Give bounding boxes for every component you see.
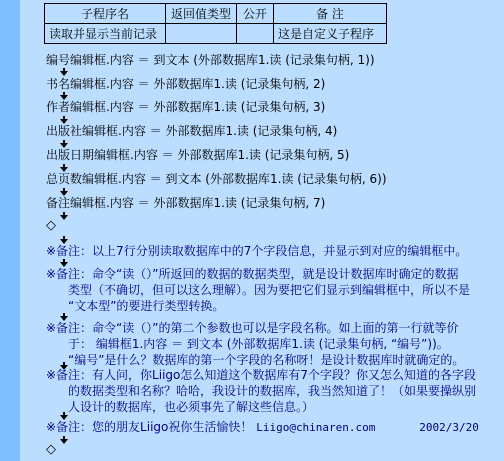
end-diamond-icon: ◇ xyxy=(46,219,56,233)
subroutine-table: 子程序名 返回值类型 公开 备 注 读取并显示当前记录 这是自定义子程序 xyxy=(44,3,387,44)
remark-block: ※备注：有人问，你Liigo怎么知道这个数据库有7个字段？你又怎么知道的各字段 … xyxy=(46,367,476,415)
code-line: 书名编辑框.内容 ＝ 外部数据库1.读 (记录集句柄, 2) xyxy=(46,76,325,92)
remark-line: ※备注：有人问，你Liigo怎么知道这个数据库有7个字段？你又怎么知道的各字段 xyxy=(46,368,476,382)
cell-return-type xyxy=(166,24,237,44)
remark-date: 2002/3/20 xyxy=(419,421,479,434)
code-line: 出版社编辑框.内容 ＝ 外部数据库1.读 (记录集句柄, 4) xyxy=(46,123,337,139)
remark-block: ※备注：命令“读（）”的第二个参数也可以是字段名称。如上面的第一行就等价 于： … xyxy=(46,320,464,368)
cell-remark: 这是自定义子程序 xyxy=(274,24,387,44)
code-line: 作者编辑框.内容 ＝ 外部数据库1.读 (记录集句柄, 3) xyxy=(46,99,325,115)
remark-line: 人设计的数据库，也必须事先了解这些信息。） xyxy=(46,399,476,415)
remark-line: ※备注：命令“读（）”的第二个参数也可以是字段名称。如上面的第一行就等价 xyxy=(46,321,459,335)
remark-line: 类型（不确切，但可以这么理解）。因为要把它们显示到编辑框中，所以不是 xyxy=(46,282,470,298)
remark-line: ※备注：命令“读（）”所返回的数据的数据类型，就是设计数据库时确定的数据 xyxy=(46,267,459,281)
remark-line: “文本型”的要进行类型转换。 xyxy=(46,298,470,314)
flow-arrow-icon xyxy=(60,212,68,220)
remark-block: ※备注：命令“读（）”所返回的数据的数据类型，就是设计数据库时确定的数据 类型（… xyxy=(46,266,470,314)
author-email: Liigo@chinaren.com xyxy=(256,421,375,434)
table-row: 读取并显示当前记录 这是自定义子程序 xyxy=(45,24,387,44)
remark-line: “编号”是什么？数据库的第一个字段的名称呀！是设计数据库时就确定的。 xyxy=(46,352,464,368)
remark-line: 的数据类型和名称？哈哈，我设计的数据库，我当然知道了！（如果要操纵别 xyxy=(46,383,476,399)
remark-line: ※备注：您的朋友Liigo祝你生活愉快！ xyxy=(46,420,252,434)
remark-block: ※备注：以上7行分别读取数据库中的7个字段信息，并显示到对应的编辑框中。 xyxy=(46,243,467,259)
end-diamond-icon: ◇ xyxy=(46,443,56,457)
code-line: 备注编辑框.内容 ＝ 外部数据库1.读 (记录集句柄, 7) xyxy=(46,195,325,211)
table-header-row: 子程序名 返回值类型 公开 备 注 xyxy=(45,4,387,24)
header-subroutine-name: 子程序名 xyxy=(45,4,166,24)
remark-line: 于： 编辑框1.内容 ＝ 到文本 (外部数据库1.读 (记录集句柄, “编号”)… xyxy=(46,336,464,352)
remark-line: ※备注：以上7行分别读取数据库中的7个字段信息，并显示到对应的编辑框中。 xyxy=(46,244,467,258)
flow-arrow-icon xyxy=(60,68,68,76)
header-remark: 备 注 xyxy=(274,4,387,24)
code-line: 出版日期编辑框.内容 ＝ 外部数据库1.读 (记录集句柄, 5) xyxy=(46,147,349,163)
cell-public xyxy=(237,24,274,44)
flow-arrow-icon xyxy=(60,436,68,444)
header-public: 公开 xyxy=(237,4,274,24)
cell-subroutine-name: 读取并显示当前记录 xyxy=(45,24,166,44)
header-return-type: 返回值类型 xyxy=(166,4,237,24)
remark-block: ※备注：您的朋友Liigo祝你生活愉快！ Liigo@chinaren.com … xyxy=(46,419,479,436)
code-line: 总页数编辑框.内容 ＝ 到文本 (外部数据库1.读 (记录集句柄, 6)) xyxy=(46,171,387,187)
left-margin-stripe xyxy=(0,0,20,461)
code-line: 编号编辑框.内容 ＝ 到文本 (外部数据库1.读 (记录集句柄, 1)) xyxy=(46,52,375,68)
